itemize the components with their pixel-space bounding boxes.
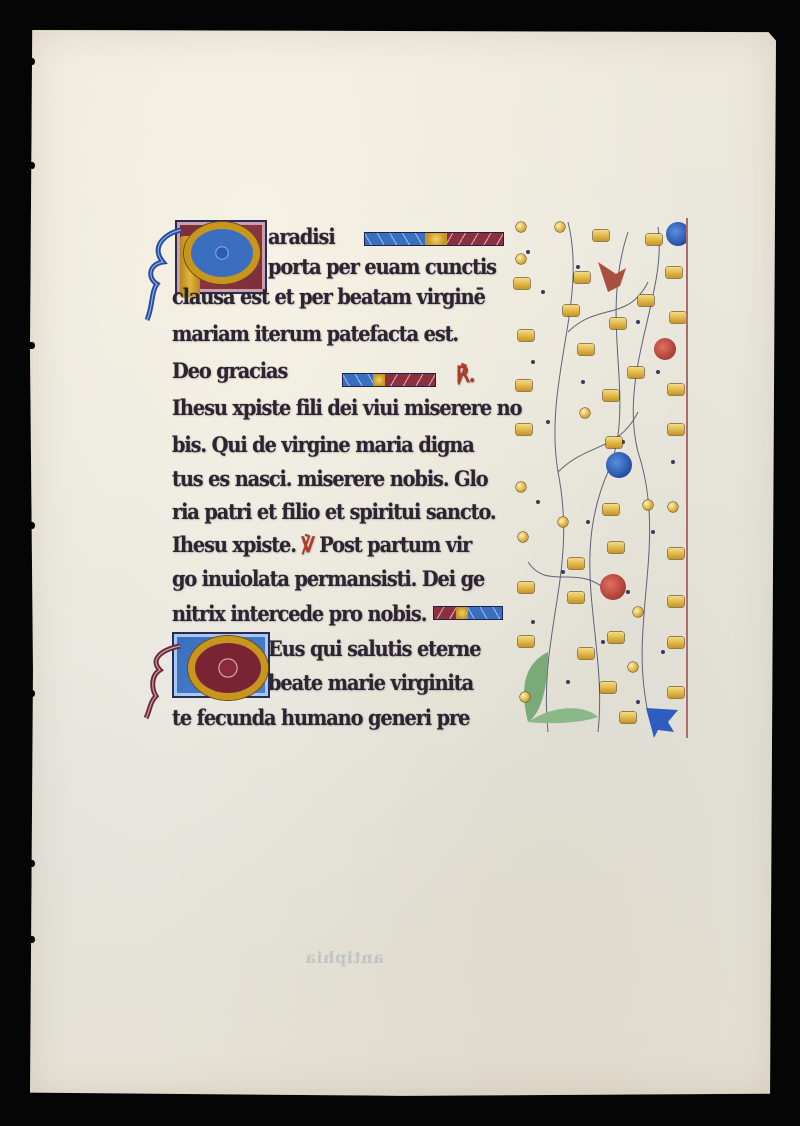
gold-leaf: [563, 305, 579, 316]
gold-leaf: [608, 632, 624, 643]
initial-d-bowl: [188, 636, 268, 700]
gold-leaf: [666, 267, 682, 278]
text-line: bis. Qui de virgine maria dignа: [172, 432, 474, 462]
gold-dot: [558, 517, 568, 527]
gold-leaf: [518, 330, 534, 341]
text-line: beate marie virginitа: [268, 670, 473, 700]
gold-dot: [580, 408, 590, 418]
gold-dot: [643, 500, 653, 510]
edge-notch: [30, 690, 35, 697]
gold-leaf: [514, 278, 530, 289]
line-filler: [433, 606, 503, 620]
edge-notch: [30, 936, 35, 943]
text-line: aradisi: [268, 224, 335, 254]
gold-leaf: [668, 637, 684, 648]
gold-leaf: [518, 582, 534, 593]
gold-leaf: [668, 384, 684, 395]
text-line: te fecunda humano generi pre: [172, 705, 469, 735]
line-filler: [342, 373, 436, 387]
gold-dot: [555, 222, 565, 232]
edge-notch: [30, 58, 35, 65]
gold-leaf: [568, 558, 584, 569]
floral-border: [508, 212, 688, 739]
gold-leaf: [518, 636, 534, 647]
gold-leaf: [668, 687, 684, 698]
text-line: go inuiolata permansisti. Dei ge: [172, 566, 484, 596]
text-line: Ihesu xpiste. ℣ Post partum vir: [172, 532, 471, 562]
gold-leaf: [574, 272, 590, 283]
text-line: porta per euam cunctis: [268, 254, 496, 284]
gold-dot: [516, 254, 526, 264]
text-line: Deo gracias: [172, 358, 287, 388]
show-through-text: antiphia: [305, 948, 384, 967]
gold-leaf: [668, 596, 684, 607]
text-line: nitrix intercede pro nobis.: [172, 601, 426, 631]
gold-dot: [516, 482, 526, 492]
red-flower: [654, 338, 676, 360]
text-line: tus es nasci. miserere nobis. Glo: [172, 466, 488, 496]
gold-leaf: [578, 344, 594, 355]
gold-leaf: [603, 504, 619, 515]
border-rule-line: [686, 218, 688, 738]
gold-leaf: [638, 295, 654, 306]
text-line: ria patri et filio et spiritui sancto.: [172, 499, 496, 529]
versicle-mark: ℣: [302, 532, 314, 557]
red-flower: [600, 574, 626, 600]
text-line: mariam iterum patefacta est.: [172, 321, 458, 351]
gold-dot: [520, 692, 530, 702]
gold-leaf: [593, 230, 609, 241]
edge-notch: [30, 342, 35, 349]
gold-leaf: [600, 682, 616, 693]
gold-leaf: [628, 367, 644, 378]
text-line: clausa est et per beatam virginē: [172, 284, 485, 314]
gold-dot: [518, 532, 528, 542]
gold-leaf: [568, 592, 584, 603]
response-mark: ℟.: [456, 362, 475, 392]
text-line: Eus qui salutis eterne: [268, 636, 480, 666]
text-line: Ihesu xpiste fili dei viui miserere no: [172, 395, 521, 425]
edge-notch: [30, 522, 35, 529]
edge-notch: [30, 860, 35, 867]
gold-leaf: [610, 318, 626, 329]
gold-leaf: [668, 424, 684, 435]
gold-dot: [516, 222, 526, 232]
gold-leaf: [578, 648, 594, 659]
gold-leaf: [516, 424, 532, 435]
blue-flower: [666, 222, 688, 246]
text-fragment: Post partum vir: [319, 532, 471, 557]
gold-leaf: [608, 542, 624, 553]
initial-p-bowl: [184, 222, 260, 284]
gold-leaf: [668, 548, 684, 559]
gold-leaf: [670, 312, 686, 323]
gold-leaf: [646, 234, 662, 245]
gold-dot: [668, 502, 678, 512]
vine-scroll-icon: [508, 212, 688, 739]
text-fragment: Ihesu xpiste.: [172, 532, 296, 557]
edge-notch: [30, 162, 35, 169]
blue-flower: [606, 452, 632, 478]
gold-leaf: [516, 380, 532, 391]
gold-leaf: [603, 390, 619, 401]
gold-dot: [633, 607, 643, 617]
gold-dot: [628, 662, 638, 672]
gold-leaf: [620, 712, 636, 723]
line-filler: [364, 232, 504, 246]
gold-leaf: [606, 437, 622, 448]
